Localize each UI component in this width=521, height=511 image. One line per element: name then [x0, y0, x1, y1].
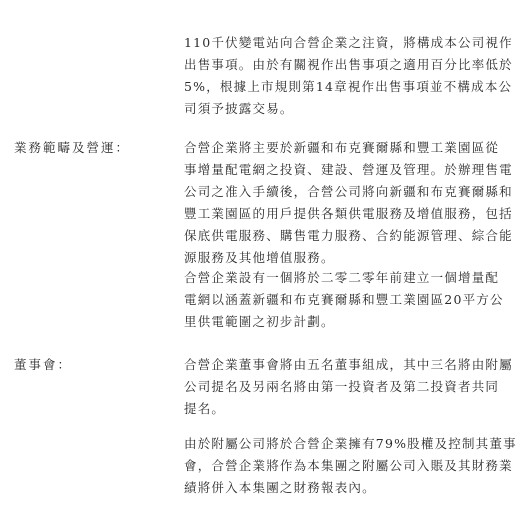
paragraph-text: 110千伏變電站向合營企業之注資，將構成本公司視作 出售事項。由於有關視作出售事…	[184, 32, 506, 120]
text-line: 合營企業設有一個將於二零二零年前建立一個增量配	[184, 267, 506, 289]
text-line: 績將併入本集團之財務報表內。	[184, 477, 506, 499]
text-line: 出售事項。由於有關視作出售事項之適用百分比率低於	[184, 54, 506, 76]
text-line: 事增量配電網之投資、建設、營運及管理。於辦理售電	[184, 159, 506, 181]
paragraph-text: 合營企業設有一個將於二零二零年前建立一個增量配 電網以涵蓋新疆和布克賽爾縣和豐工…	[184, 267, 506, 333]
text-line: 電網以涵蓋新疆和布克賽爾縣和豐工業園區20平方公	[184, 289, 506, 311]
text-line: 司須予披露交易。	[184, 98, 506, 120]
text-line: 豐工業園區的用戶提供各類供電服務及增值服務，包括	[184, 203, 506, 225]
text-line: 保底供電服務、購售電力服務、合約能源管理、綜合能	[184, 225, 506, 247]
text-line: 源服務及其他增值服務。	[184, 247, 506, 269]
text-line: 公司提名及另兩名將由第一投資者及第二投資者共同	[184, 376, 506, 398]
text-line: 合營企業董事會將由五名董事組成，其中三名將由附屬	[184, 354, 506, 376]
paragraph-text: 由於附屬公司將於合營企業擁有79%股權及控制其董事 會，合營企業將作為本集團之附…	[184, 433, 506, 499]
section-label: 業務範疇及營運：	[14, 137, 130, 159]
text-line: 110千伏變電站向合營企業之注資，將構成本公司視作	[184, 32, 506, 54]
text-line: 公司之准入手續後，合營公司將向新疆和布克賽爾縣和	[184, 181, 506, 203]
text-line: 里供電範圍之初步計劃。	[184, 311, 506, 333]
section-label: 董事會：	[14, 354, 72, 376]
text-line: 合營企業將主要於新疆和布克賽爾縣和豐工業園區從	[184, 137, 506, 159]
text-line: 會，合營企業將作為本集團之附屬公司入賬及其財務業	[184, 455, 506, 477]
text-line: 由於附屬公司將於合營企業擁有79%股權及控制其董事	[184, 433, 506, 455]
paragraph-text: 合營企業將主要於新疆和布克賽爾縣和豐工業園區從 事增量配電網之投資、建設、營運及…	[184, 137, 506, 269]
text-line: 提名。	[184, 398, 506, 420]
paragraph-text: 合營企業董事會將由五名董事組成，其中三名將由附屬 公司提名及另兩名將由第一投資者…	[184, 354, 506, 420]
text-line: 5%，根據上市規則第14章視作出售事項並不構成本公	[184, 76, 506, 98]
